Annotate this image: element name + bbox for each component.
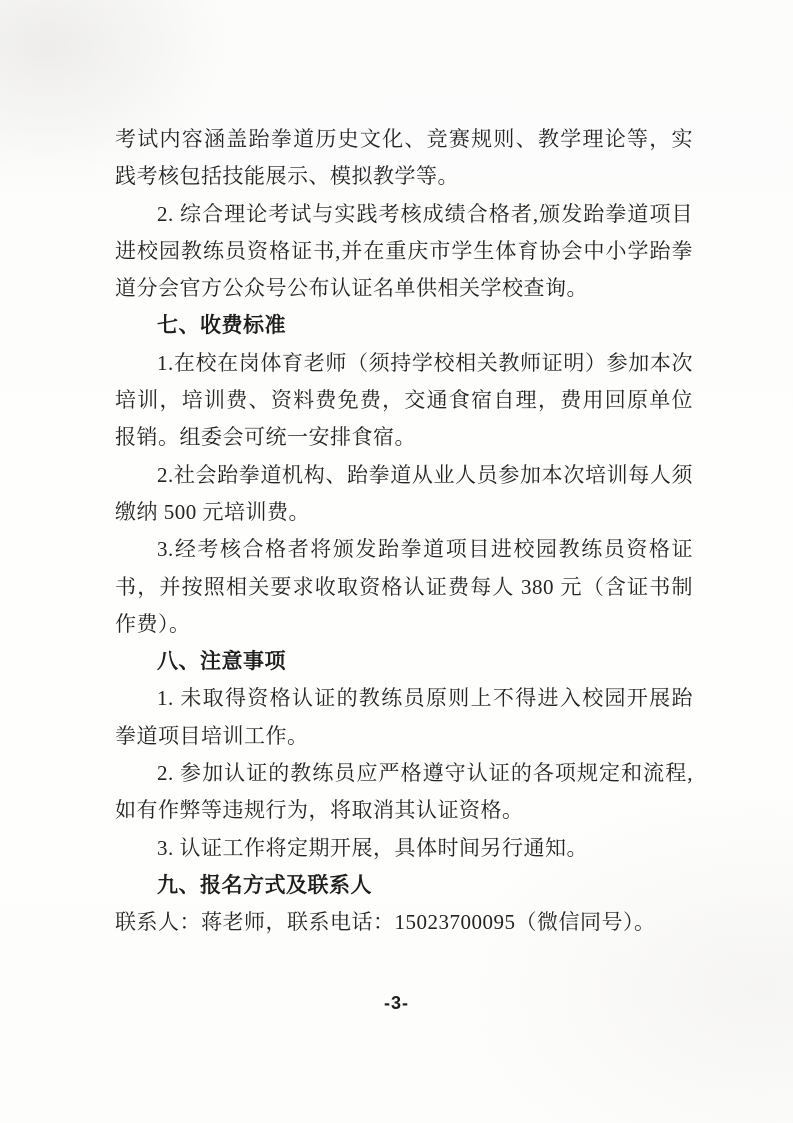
paragraph-note-schedule: 3. 认证工作将定期开展，具体时间另行通知。 xyxy=(115,830,693,867)
paragraph-fee-certification: 3.经考核合格者将颁发跆拳道项目进校园教练员资格证书，并按照相关要求收取资格认证… xyxy=(115,531,693,643)
section-heading-registration-contact: 九、报名方式及联系人 xyxy=(115,867,693,904)
document-body: 考试内容涵盖跆拳道历史文化、竞赛规则、教学理论等，实践考核包括技能展示、模拟教学… xyxy=(115,121,693,942)
paragraph-contact-info: 联系人：蒋老师，联系电话：15023700095（微信同号）。 xyxy=(115,904,693,941)
paragraph-note-uncertified: 1. 未取得资格认证的教练员原则上不得进入校园开展跆拳道项目培训工作。 xyxy=(115,680,693,755)
paragraph-exam-content: 考试内容涵盖跆拳道历史文化、竞赛规则、教学理论等，实践考核包括技能展示、模拟教学… xyxy=(115,121,693,196)
section-heading-notes: 八、注意事项 xyxy=(115,643,693,680)
paragraph-fee-social-trainees: 2.社会跆拳道机构、跆拳道从业人员参加本次培训每人须缴纳 500 元培训费。 xyxy=(115,457,693,532)
paragraph-fee-school-teachers: 1.在校在岗体育老师（须持学校相关教师证明）参加本次培训，培训费、资料费免费，交… xyxy=(115,345,693,457)
document-page: 考试内容涵盖跆拳道历史文化、竞赛规则、教学理论等，实践考核包括技能展示、模拟教学… xyxy=(0,0,793,1123)
page-number: -3- xyxy=(0,993,793,1014)
section-heading-fees: 七、收费标准 xyxy=(115,307,693,344)
paragraph-certificate-issue: 2. 综合理论考试与实践考核成绩合格者,颁发跆拳道项目进校园教练员资格证书,并在… xyxy=(115,196,693,308)
paragraph-note-rules: 2. 参加认证的教练员应严格遵守认证的各项规定和流程,如有作弊等违规行为，将取消… xyxy=(115,755,693,830)
